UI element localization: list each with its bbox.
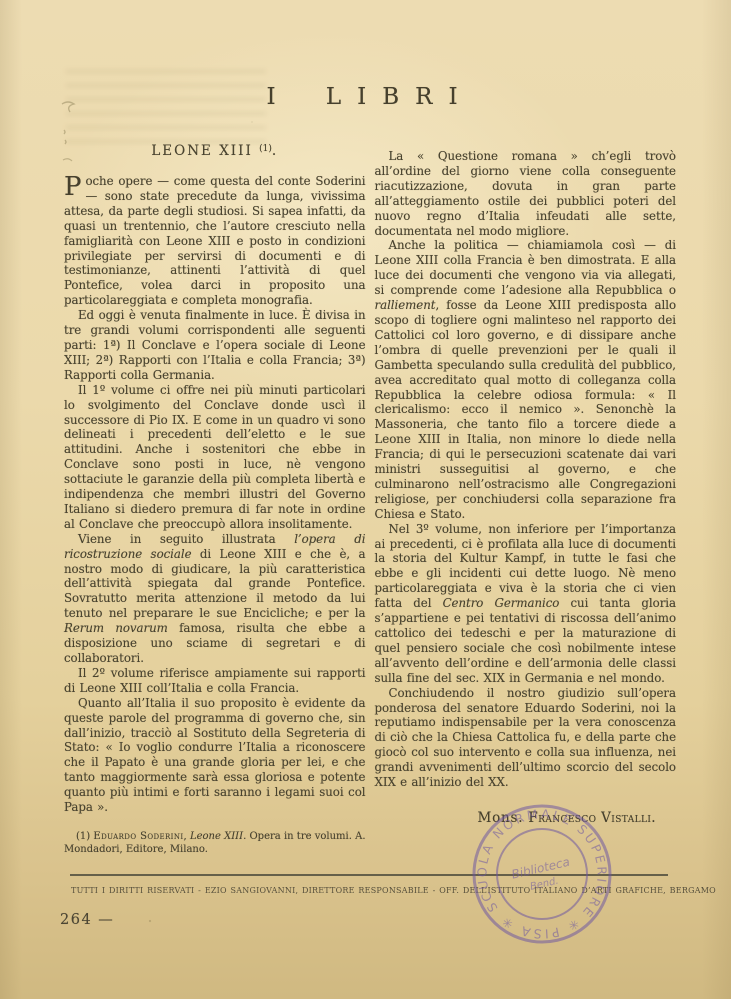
stamp-inner-text-2: Bend. [529, 876, 560, 893]
paragraph: La « Questione romana » ch’egli trovò al… [375, 149, 677, 238]
paragraph: Viene in seguito illustrata l’opera di r… [64, 532, 366, 666]
article-columns: LEONE XIII (1). Poche opere — come quest… [64, 140, 676, 857]
paragraph-text: oche opere — come questa del conte Soder… [64, 174, 366, 307]
paragraph: Poche opere — come questa del conte Sode… [64, 174, 366, 308]
footnote: (1) Eduardo Soderini, Leone XIII. Opera … [64, 830, 366, 857]
paragraph: Il 2º volume riferisce ampiamente sui ra… [64, 666, 366, 696]
paragraph: Il 1º volume ci offre nei più minuti par… [64, 383, 366, 532]
article-title: LEONE XIII (1). [64, 143, 366, 159]
section-header: I LIBRI [64, 84, 676, 110]
paragraph: Conchiudendo il nostro giudizio sull’ope… [375, 686, 677, 790]
page-number: 264 — [60, 912, 114, 928]
stamp-inner-text: Biblioteca [510, 855, 571, 882]
right-column: La « Questione romana » ch’egli trovò al… [375, 140, 677, 857]
left-column: LEONE XIII (1). Poche opere — come quest… [64, 140, 366, 857]
scanned-journal-page: I LIBRI LEONE XIII (1). Poche opere — co… [0, 0, 731, 999]
dropcap-letter: P [64, 174, 85, 200]
paragraph: Anche la politica — chiamiamola così — d… [375, 238, 677, 521]
paragraph: Quanto all’Italia il suo proposito è evi… [64, 696, 366, 815]
paragraph: Nel 3º volume, non inferiore per l’impor… [375, 522, 677, 686]
paragraph: Ed oggi è venuta finalmente in luce. È d… [64, 308, 366, 383]
